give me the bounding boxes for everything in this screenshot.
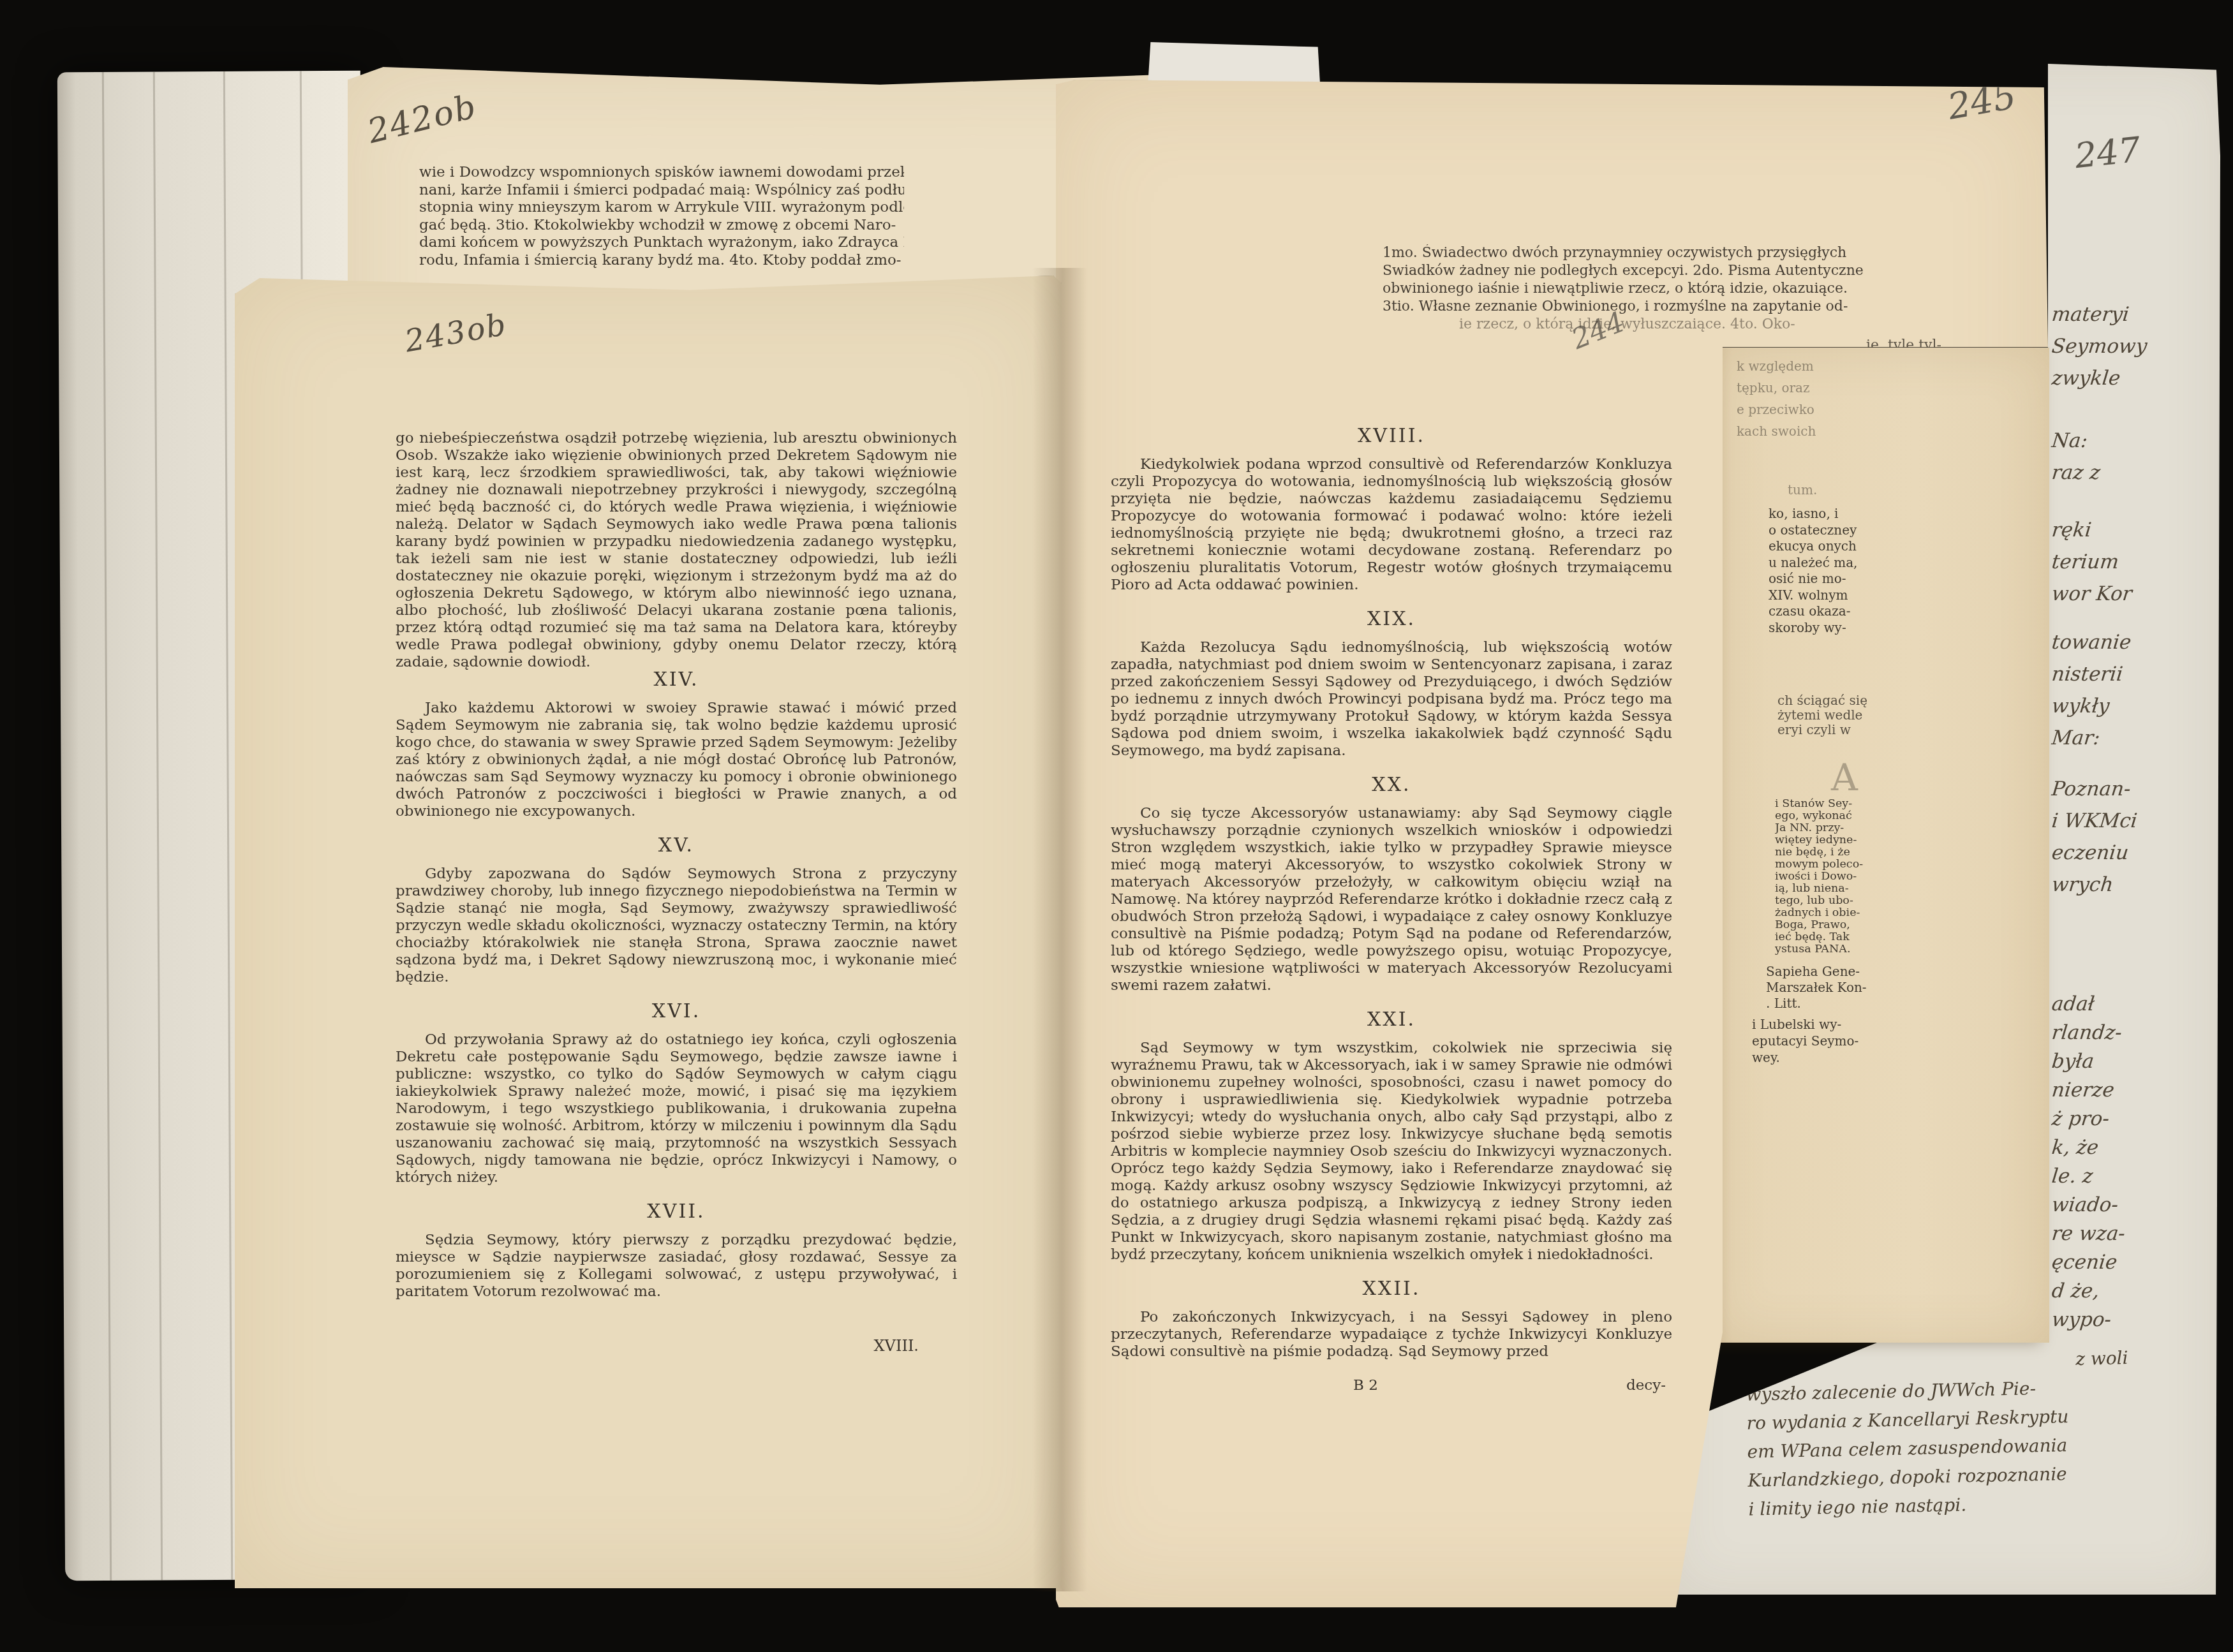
margin-fragment: zwykle bbox=[2050, 362, 2219, 394]
print-fragment-group: ko, iasno, io ostateczneyekucya onychu n… bbox=[1769, 506, 1857, 636]
statute-section: XXI. Sąd Seymowy w tym wszystkim, cokolw… bbox=[1111, 1011, 1672, 1264]
section-heading: XIV. bbox=[396, 671, 957, 688]
catchword: XVIII. bbox=[396, 1301, 957, 1355]
print-fragment-group: i Stanów Sey-ego, wykonaćJa NN. przy-wię… bbox=[1775, 798, 1863, 955]
catchword: decy- bbox=[1626, 1377, 1666, 1394]
section-heading: XV. bbox=[396, 837, 957, 854]
print-fragment-line: eputacyi Seymo- bbox=[1752, 1033, 1858, 1049]
book-scan: 242ob wie i Dowodzcy wspomnionych spiskó… bbox=[0, 0, 2233, 1652]
margin-fragment: Mar: bbox=[2050, 722, 2219, 754]
section-body: Sędzia Seymowy, który pierwszy z porządk… bbox=[396, 1232, 957, 1301]
print-fragment-line: ego, wykonać bbox=[1775, 810, 1863, 822]
print-fragment-line: Boga, Prawo, bbox=[1775, 919, 1863, 931]
section-body: Sąd Seymowy w tym wszystkim, cokolwiek n… bbox=[1111, 1040, 1672, 1264]
print-fragment-line: k względem bbox=[1737, 355, 1817, 377]
print-fragment-line: żadnych i obie- bbox=[1775, 907, 1863, 919]
margin-fragment: wiado- bbox=[2051, 1191, 2220, 1220]
statute-section: XVI. Od przywołania Sprawy aż do ostatni… bbox=[396, 1003, 957, 1186]
margin-fragment: wrych bbox=[2050, 869, 2219, 901]
print-fragment-line: rodu, Infamia i śmiercią karany bydź ma.… bbox=[419, 252, 904, 270]
margin-fragment: wypo- bbox=[2051, 1306, 2220, 1334]
margin-fragment: adał bbox=[2051, 990, 2220, 1019]
section-heading: XIX. bbox=[1111, 610, 1672, 628]
print-fragment-block: wie i Dowodzcy wspomnionych spisków iawn… bbox=[419, 164, 904, 269]
margin-fragment: le. z bbox=[2051, 1162, 2220, 1191]
margin-fragment: terium bbox=[2050, 546, 2219, 578]
print-fragment-line: czasu okaza- bbox=[1769, 603, 1857, 620]
statute-section: XIX. Każda Rezolucya Sądu iednomyślności… bbox=[1111, 610, 1672, 760]
print-fragment-line: eryi czyli w bbox=[1777, 723, 1867, 737]
print-fragment-group: k względemtępku, oraze przeciwkokach swo… bbox=[1737, 355, 1817, 501]
folio-number: 242ob bbox=[364, 87, 480, 151]
section-heading: XVIII. bbox=[1111, 427, 1672, 445]
signature-row: B 2 decy- bbox=[1111, 1361, 1672, 1394]
section-list: XIV. Jako każdemu Aktorowi w swoiey Spra… bbox=[396, 671, 957, 1301]
print-fragment-line: . Litt. bbox=[1766, 996, 1867, 1012]
print-fragment-line: 3tio. Własne zeznanie Obwinionego, i roz… bbox=[1383, 298, 1941, 316]
section-body: Gdyby zapozwana do Sądów Seymowych Stron… bbox=[396, 866, 957, 986]
section-list: XVIII. Kiedykolwiek podana wprzod consul… bbox=[1111, 427, 1672, 1361]
print-fragment-line: Marszałek Kon- bbox=[1766, 980, 1867, 996]
margin-fragment: d że, bbox=[2051, 1277, 2220, 1306]
margin-fragment: materyi bbox=[2050, 299, 2219, 330]
sheet-edge bbox=[223, 71, 233, 1580]
print-fragment-line: osić nie mo- bbox=[1769, 571, 1857, 587]
print-fragment-line: ystusa PANA. bbox=[1775, 943, 1863, 955]
print-fragment-line: stopnia winy mnieyszym karom w Arrykule … bbox=[419, 199, 904, 217]
print-fragment-line: ko, iasno, i bbox=[1769, 506, 1857, 522]
print-fragment-line: i Lubelski wy- bbox=[1752, 1016, 1858, 1033]
sheet-edge bbox=[102, 72, 112, 1581]
margin-fragment: ż pro- bbox=[2051, 1105, 2220, 1133]
statute-section: XIV. Jako każdemu Aktorowi w swoiey Spra… bbox=[396, 671, 957, 820]
print-fragment-line: iwości i Dowo- bbox=[1775, 871, 1863, 883]
print-fragment-line: ie rzecz, o którą idzie, wyłuszczaiące. … bbox=[1459, 316, 1941, 334]
section-body: Kiedykolwiek podana wprzod consultivè od… bbox=[1111, 456, 1672, 594]
left-page: 243ob go niebeśpieczeństwa osądził potrz… bbox=[235, 276, 1062, 1588]
margin-fragment-list: materyiSeymowyzwykleNa:raz zrękiteriumwo… bbox=[2052, 299, 2218, 901]
print-fragment-line: wie i Dowodzcy wspomnionych spisków iawn… bbox=[419, 164, 904, 182]
folio-number: 243ob bbox=[402, 306, 510, 359]
print-fragment-block: 1mo. Świadectwo dwóch przynaymniey oczyw… bbox=[1383, 244, 1941, 334]
section-body: Każda Rezolucya Sądu iednomyślnością, lu… bbox=[1111, 639, 1672, 760]
margin-fragment: rlandz- bbox=[2051, 1019, 2220, 1047]
handwritten-note: z woliwyszło zalecenie do JWWch Pie-ro w… bbox=[1745, 1343, 2157, 1523]
margin-fragment: raz z bbox=[2050, 457, 2219, 489]
print-fragment-line: Swiadków żadney nie podległych excepcyi.… bbox=[1383, 262, 1941, 280]
print-fragment-line: ieć będę. Tak bbox=[1775, 931, 1863, 943]
drop-cap-letter: A bbox=[1831, 756, 1858, 799]
print-fragment-group: Sapieha Gene-Marszałek Kon-. Litt. bbox=[1766, 964, 1867, 1012]
print-fragment-line: u należeć ma, bbox=[1769, 555, 1857, 572]
margin-fragment: wykły bbox=[2050, 690, 2219, 722]
section-heading: XVI. bbox=[396, 1003, 957, 1020]
print-fragment-line: tum. bbox=[1788, 479, 1817, 501]
section-body: Jako każdemu Aktorowi w swoiey Sprawie s… bbox=[396, 700, 957, 820]
print-fragment-line: więtey iedyne- bbox=[1775, 834, 1863, 846]
section-heading: XXII. bbox=[1111, 1280, 1672, 1297]
print-fragment-line: mowym poleco- bbox=[1775, 859, 1863, 871]
section-body: Od przywołania Sprawy aż do ostatniego i… bbox=[396, 1031, 957, 1186]
section-body: Co się tycze Akcessoryów ustanawiamy: ab… bbox=[1111, 805, 1672, 994]
print-fragment-line: 1mo. Świadectwo dwóch przynaymniey oczyw… bbox=[1383, 244, 1941, 262]
margin-fragment: nisterii bbox=[2050, 658, 2219, 690]
margin-fragment: ęcenie bbox=[2051, 1248, 2220, 1277]
margin-fragment: Poznan- bbox=[2050, 773, 2219, 805]
print-fragment-line: dami końcem w powyższych Punktach wyrażo… bbox=[419, 234, 904, 252]
section-heading: XVII. bbox=[396, 1203, 957, 1220]
page-number-pencil: 247 bbox=[2073, 129, 2142, 176]
margin-fragment: ręki bbox=[2050, 514, 2219, 546]
margin-fragment: Na: bbox=[2050, 425, 2219, 457]
page-text-block: XVIII. Kiedykolwiek podana wprzod consul… bbox=[1111, 427, 1672, 1394]
print-fragment-line: wey. bbox=[1752, 1049, 1858, 1066]
continuation-paragraph: go niebeśpieczeństwa osądził potrzebę wi… bbox=[396, 430, 957, 671]
signature-mark: B 2 bbox=[1353, 1377, 1378, 1394]
margin-fragment: nierze bbox=[2051, 1076, 2220, 1105]
print-fragment-group: ch ściągać siężytemi wedleeryi czyli w bbox=[1777, 693, 1867, 737]
print-fragment-line: obwinionego iaśnie i niewątpliwie rzecz,… bbox=[1383, 280, 1941, 298]
print-fragment-line: nie będę, i że bbox=[1775, 846, 1863, 859]
print-fragment-line: nani, karże Infamii i śmierci podpadać m… bbox=[419, 182, 904, 200]
margin-fragment: była bbox=[2051, 1047, 2220, 1076]
print-fragment-line: gać będą. 3tio. Ktokolwiekby wchodził w … bbox=[419, 217, 904, 235]
margin-fragment: towanie bbox=[2050, 626, 2219, 658]
print-fragment-line: ch ściągać się bbox=[1777, 693, 1867, 708]
section-heading: XXI. bbox=[1111, 1011, 1672, 1028]
margin-fragment: wor Kor bbox=[2050, 578, 2219, 610]
page-text-block: go niebeśpieczeństwa osądził potrzebę wi… bbox=[396, 430, 957, 1355]
sheet-edge bbox=[153, 71, 163, 1580]
section-heading: XX. bbox=[1111, 776, 1672, 793]
print-fragment-line: e przeciwko bbox=[1737, 399, 1817, 420]
margin-fragment: k, że bbox=[2051, 1133, 2220, 1162]
statute-section: XVIII. Kiedykolwiek podana wprzod consul… bbox=[1111, 427, 1672, 594]
under-leaf-strip: k względemtępku, oraze przeciwkokach swo… bbox=[1715, 348, 2049, 1343]
print-fragment-line: kach swoich bbox=[1737, 420, 1817, 442]
statute-section: XX. Co się tycze Akcessoryów ustanawiamy… bbox=[1111, 776, 1672, 994]
margin-fragment-list: adałrlandz-byłanierzeż pro-k, żele. zwia… bbox=[2052, 990, 2218, 1334]
page-number-pencil: 245 bbox=[1945, 75, 2019, 128]
print-fragment-line: skoroby wy- bbox=[1769, 620, 1857, 637]
print-fragment-line: o ostateczney bbox=[1769, 522, 1857, 539]
print-fragment-line: ekucya onych bbox=[1769, 538, 1857, 555]
margin-fragment: i WKMci bbox=[2050, 805, 2219, 837]
print-fragment-line: i Stanów Sey- bbox=[1775, 798, 1863, 810]
section-body: Po zakończonych Inkwizycyach, i na Sessy… bbox=[1111, 1309, 1672, 1361]
margin-fragment: re wza- bbox=[2051, 1220, 2220, 1248]
statute-section: XV. Gdyby zapozwana do Sądów Seymowych S… bbox=[396, 837, 957, 986]
print-fragment-line: tego, lub ubo- bbox=[1775, 895, 1863, 907]
print-fragment-line: żytemi wedle bbox=[1777, 708, 1867, 723]
print-fragment-line: XIV. wolnym bbox=[1769, 587, 1857, 604]
print-fragment-line: Sapieha Gene- bbox=[1766, 964, 1867, 980]
margin-fragment: Seymowy bbox=[2050, 330, 2219, 362]
statute-section: XVII. Sędzia Seymowy, który pierwszy z p… bbox=[396, 1203, 957, 1301]
print-fragment-line: Ja NN. przy- bbox=[1775, 822, 1863, 834]
print-fragment-group: i Lubelski wy-eputacyi Seymo-wey. bbox=[1752, 1016, 1858, 1066]
margin-fragment: eczeniu bbox=[2050, 837, 2219, 869]
print-fragment-line: ią, lub niena- bbox=[1775, 883, 1863, 895]
print-fragment-line: tępku, oraz bbox=[1737, 377, 1817, 399]
statute-section: XXII. Po zakończonych Inkwizycyach, i na… bbox=[1111, 1280, 1672, 1361]
